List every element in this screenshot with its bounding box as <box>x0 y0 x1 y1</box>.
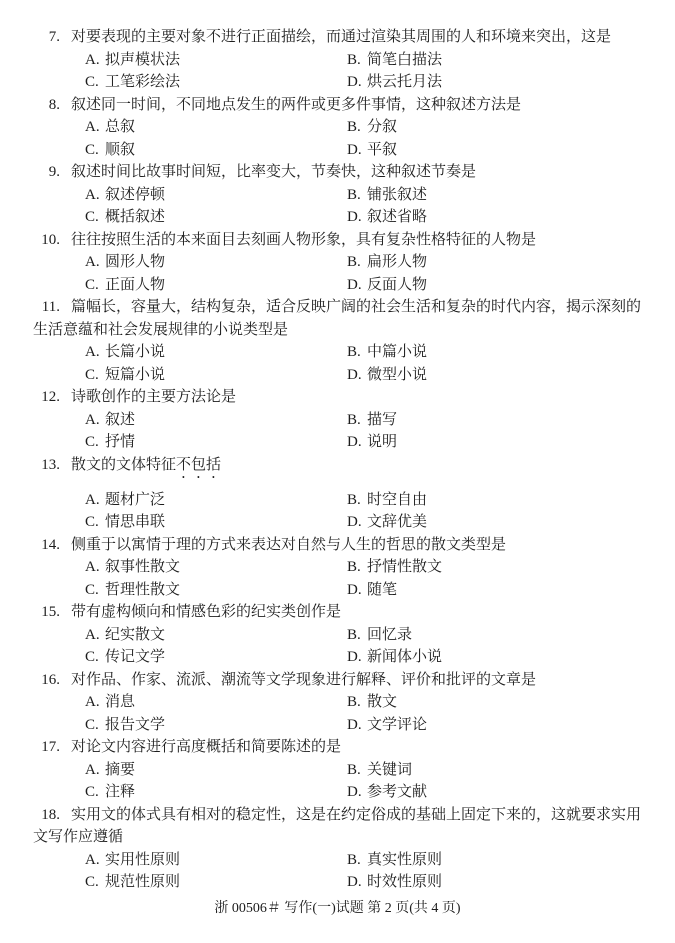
question-stem: 11.篇幅长，容量大，结构复杂，适合反映广阔的社会生活和复杂的时代内容，揭示深刻… <box>33 296 655 319</box>
option-letter: A. <box>85 184 105 207</box>
option-text: 描写 <box>367 409 397 432</box>
option-letter: A. <box>85 691 105 714</box>
option-letter: C. <box>85 646 105 669</box>
option-b: B.铺张叙述 <box>347 184 427 207</box>
option-text: 纪实散文 <box>105 624 165 647</box>
option-row-cd: C.工笔彩绘法 D.烘云托月法 <box>33 71 655 94</box>
option-letter: D. <box>347 714 367 737</box>
question-stem: 13.散文的文体特征不包括 <box>33 454 655 482</box>
option-text: 概括叙述 <box>105 206 165 229</box>
option-letter: A. <box>85 251 105 274</box>
question: 15.带有虚构倾向和情感色彩的纪实类创作是 A.纪实散文 B.回忆录 C.传记文… <box>33 601 655 669</box>
option-row-cd: C.短篇小说 D.微型小说 <box>33 364 655 387</box>
option-letter: C. <box>85 871 105 894</box>
option-text: 参考文献 <box>367 781 427 804</box>
option-text: 微型小说 <box>367 364 427 387</box>
option-letter: A. <box>85 489 105 512</box>
option-letter: D. <box>347 71 367 94</box>
option-c: C.传记文学 <box>85 646 347 669</box>
option-letter: A. <box>85 341 105 364</box>
option-text: 注释 <box>105 781 135 804</box>
option-c: C.顺叙 <box>85 139 347 162</box>
option-c: C.工笔彩绘法 <box>85 71 347 94</box>
option-b: B.抒情性散文 <box>347 556 442 579</box>
question-stem-text: 侧重于以寓情于理的方式来表达对自然与人生的哲思的散文类型是 <box>71 537 506 553</box>
option-b: B.时空自由 <box>347 489 427 512</box>
option-row-ab: A.摘要 B.关键词 <box>33 759 655 782</box>
option-letter: D. <box>347 646 367 669</box>
question-number: 12. <box>33 386 60 409</box>
option-text: 长篇小说 <box>105 341 165 364</box>
option-b: B.扁形人物 <box>347 251 427 274</box>
option-b: B.分叙 <box>347 116 397 139</box>
option-a: A.总叙 <box>85 116 347 139</box>
option-d: D.新闻体小说 <box>347 646 442 669</box>
option-letter: A. <box>85 49 105 72</box>
option-row-ab: A.长篇小说 B.中篇小说 <box>33 341 655 364</box>
question-number: 11. <box>33 296 60 319</box>
option-d: D.反面人物 <box>347 274 427 297</box>
question: 11.篇幅长，容量大，结构复杂，适合反映广阔的社会生活和复杂的时代内容，揭示深刻… <box>33 296 655 386</box>
option-text: 说明 <box>367 431 397 454</box>
exam-page: 7.对要表现的主要对象不进行正面描绘，而通过渲染其周围的人和环境来突出，这是 A… <box>0 0 675 943</box>
option-a: A.拟声模状法 <box>85 49 347 72</box>
option-letter: B. <box>347 691 367 714</box>
option-text: 实用性原则 <box>105 849 180 872</box>
option-letter: D. <box>347 871 367 894</box>
question: 7.对要表现的主要对象不进行正面描绘，而通过渲染其周围的人和环境来突出，这是 A… <box>33 26 655 94</box>
option-d: D.烘云托月法 <box>347 71 442 94</box>
option-letter: B. <box>347 624 367 647</box>
option-text: 新闻体小说 <box>367 646 442 669</box>
question-stem-line2: 文写作应遵循 <box>33 826 655 849</box>
question-stem: 18.实用文的体式具有相对的稳定性，这是在约定俗成的基础上固定下来的，这就要求实… <box>33 804 655 827</box>
option-a: A.长篇小说 <box>85 341 347 364</box>
option-c: C.情思串联 <box>85 511 347 534</box>
option-d: D.时效性原则 <box>347 871 442 894</box>
option-letter: B. <box>347 849 367 872</box>
option-row-cd: C.报告文学 D.文学评论 <box>33 714 655 737</box>
option-text: 总叙 <box>105 116 135 139</box>
option-c: C.报告文学 <box>85 714 347 737</box>
option-row-ab: A.圆形人物 B.扁形人物 <box>33 251 655 274</box>
option-text: 情思串联 <box>105 511 165 534</box>
option-text: 文学评论 <box>367 714 427 737</box>
option-letter: B. <box>347 49 367 72</box>
option-text: 规范性原则 <box>105 871 180 894</box>
option-text: 回忆录 <box>367 624 412 647</box>
option-d: D.文辞优美 <box>347 511 427 534</box>
option-b: B.回忆录 <box>347 624 412 647</box>
option-letter: C. <box>85 71 105 94</box>
option-text: 工笔彩绘法 <box>105 71 180 94</box>
option-b: B.关键词 <box>347 759 412 782</box>
option-d: D.随笔 <box>347 579 397 602</box>
option-letter: C. <box>85 139 105 162</box>
option-letter: C. <box>85 714 105 737</box>
option-text: 叙事性散文 <box>105 556 180 579</box>
question-number: 16. <box>33 669 60 692</box>
option-text: 正面人物 <box>105 274 165 297</box>
option-row-ab: A.题材广泛 B.时空自由 <box>33 489 655 512</box>
option-a: A.消息 <box>85 691 347 714</box>
question-number: 9. <box>33 161 60 184</box>
question-stem-text: 往往按照生活的本来面目去刻画人物形象，具有复杂性格特征的人物是 <box>71 232 536 248</box>
option-row-cd: C.概括叙述 D.叙述省略 <box>33 206 655 229</box>
question-stem-text: 叙述同一时间，不同地点发生的两件或更多件事情，这种叙述方法是 <box>71 97 521 113</box>
question-number: 15. <box>33 601 60 624</box>
question-stem-line2: 生活意蕴和社会发展规律的小说类型是 <box>33 319 655 342</box>
option-letter: D. <box>347 139 367 162</box>
option-letter: B. <box>347 341 367 364</box>
question-stem-emphasized-text: 不包括 <box>176 457 221 473</box>
option-b: B.散文 <box>347 691 397 714</box>
option-a: A.纪实散文 <box>85 624 347 647</box>
question-stem-text: 实用文的体式具有相对的稳定性，这是在约定俗成的基础上固定下来的，这就要求实用 <box>71 807 641 823</box>
option-text: 散文 <box>367 691 397 714</box>
option-letter: C. <box>85 511 105 534</box>
page-footer: 浙 00506＃ 写作(一)试题 第 2 页(共 4 页) <box>0 899 675 919</box>
option-text: 消息 <box>105 691 135 714</box>
option-text: 中篇小说 <box>367 341 427 364</box>
option-d: D.参考文献 <box>347 781 427 804</box>
option-row-cd: C.顺叙 D.平叙 <box>33 139 655 162</box>
question-stem-text: 对论文内容进行高度概括和简要陈述的是 <box>71 739 341 755</box>
option-text: 平叙 <box>367 139 397 162</box>
option-letter: B. <box>347 251 367 274</box>
option-letter: B. <box>347 556 367 579</box>
option-letter: D. <box>347 511 367 534</box>
question: 13.散文的文体特征不包括 A.题材广泛 B.时空自由 C.情思串联 D.文辞优… <box>33 454 655 534</box>
option-text: 题材广泛 <box>105 489 165 512</box>
option-letter: A. <box>85 409 105 432</box>
option-d: D.微型小说 <box>347 364 427 387</box>
option-text: 抒情 <box>105 431 135 454</box>
option-d: D.平叙 <box>347 139 397 162</box>
option-a: A.题材广泛 <box>85 489 347 512</box>
option-row-ab: A.纪实散文 B.回忆录 <box>33 624 655 647</box>
option-row-cd: C.规范性原则 D.时效性原则 <box>33 871 655 894</box>
option-a: A.实用性原则 <box>85 849 347 872</box>
option-row-cd: C.传记文学 D.新闻体小说 <box>33 646 655 669</box>
option-letter: C. <box>85 274 105 297</box>
option-text: 拟声模状法 <box>105 49 180 72</box>
question-stem-text: 对作品、作家、流派、潮流等文学现象进行解释、评价和批评的文章是 <box>71 672 536 688</box>
question: 14.侧重于以寓情于理的方式来表达对自然与人生的哲思的散文类型是 A.叙事性散文… <box>33 534 655 602</box>
question-list: 7.对要表现的主要对象不进行正面描绘，而通过渲染其周围的人和环境来突出，这是 A… <box>33 26 655 894</box>
option-text: 传记文学 <box>105 646 165 669</box>
option-row-cd: C.情思串联 D.文辞优美 <box>33 511 655 534</box>
question-stem: 7.对要表现的主要对象不进行正面描绘，而通过渲染其周围的人和环境来突出，这是 <box>33 26 655 49</box>
option-b: B.真实性原则 <box>347 849 442 872</box>
option-c: C.规范性原则 <box>85 871 347 894</box>
option-text: 烘云托月法 <box>367 71 442 94</box>
option-c: C.短篇小说 <box>85 364 347 387</box>
option-text: 顺叙 <box>105 139 135 162</box>
option-text: 哲理性散文 <box>105 579 180 602</box>
question-number: 10. <box>33 229 60 252</box>
option-letter: D. <box>347 579 367 602</box>
question-stem: 8.叙述同一时间，不同地点发生的两件或更多件事情，这种叙述方法是 <box>33 94 655 117</box>
option-text: 短篇小说 <box>105 364 165 387</box>
option-letter: C. <box>85 431 105 454</box>
option-d: D.叙述省略 <box>347 206 427 229</box>
option-row-ab: A.叙事性散文 B.抒情性散文 <box>33 556 655 579</box>
question-stem-text: 带有虚构倾向和情感色彩的纪实类创作是 <box>71 604 341 620</box>
option-b: B.中篇小说 <box>347 341 427 364</box>
option-letter: B. <box>347 184 367 207</box>
question-stem-text: 对要表现的主要对象不进行正面描绘，而通过渲染其周围的人和环境来突出，这是 <box>71 29 611 45</box>
option-letter: B. <box>347 116 367 139</box>
option-b: B.简笔白描法 <box>347 49 442 72</box>
question-stem: 9.叙述时间比故事时间短，比率变大，节奏快，这种叙述节奏是 <box>33 161 655 184</box>
option-text: 时效性原则 <box>367 871 442 894</box>
question: 17.对论文内容进行高度概括和简要陈述的是 A.摘要 B.关键词 C.注释 D.… <box>33 736 655 804</box>
option-letter: A. <box>85 116 105 139</box>
option-row-ab: A.实用性原则 B.真实性原则 <box>33 849 655 872</box>
option-c: C.注释 <box>85 781 347 804</box>
option-text: 叙述停顿 <box>105 184 165 207</box>
option-text: 分叙 <box>367 116 397 139</box>
question-number: 7. <box>33 26 60 49</box>
option-text: 随笔 <box>367 579 397 602</box>
option-row-ab: A.总叙 B.分叙 <box>33 116 655 139</box>
option-a: A.摘要 <box>85 759 347 782</box>
option-text: 关键词 <box>367 759 412 782</box>
question-number: 8. <box>33 94 60 117</box>
option-letter: C. <box>85 579 105 602</box>
option-row-cd: C.注释 D.参考文献 <box>33 781 655 804</box>
option-letter: A. <box>85 624 105 647</box>
option-row-ab: A.叙述 B.描写 <box>33 409 655 432</box>
question-stem-text: 篇幅长，容量大，结构复杂，适合反映广阔的社会生活和复杂的时代内容，揭示深刻的 <box>71 299 641 315</box>
option-b: B.描写 <box>347 409 397 432</box>
option-letter: B. <box>347 759 367 782</box>
question-stem: 10.往往按照生活的本来面目去刻画人物形象，具有复杂性格特征的人物是 <box>33 229 655 252</box>
option-text: 叙述省略 <box>367 206 427 229</box>
question-number: 14. <box>33 534 60 557</box>
option-a: A.圆形人物 <box>85 251 347 274</box>
option-a: A.叙述停顿 <box>85 184 347 207</box>
option-row-ab: A.叙述停顿 B.铺张叙述 <box>33 184 655 207</box>
question-stem: 12.诗歌创作的主要方法论是 <box>33 386 655 409</box>
option-text: 报告文学 <box>105 714 165 737</box>
question: 8.叙述同一时间，不同地点发生的两件或更多件事情，这种叙述方法是 A.总叙 B.… <box>33 94 655 162</box>
option-d: D.文学评论 <box>347 714 427 737</box>
question-stem: 14.侧重于以寓情于理的方式来表达对自然与人生的哲思的散文类型是 <box>33 534 655 557</box>
option-text: 抒情性散文 <box>367 556 442 579</box>
option-c: C.哲理性散文 <box>85 579 347 602</box>
option-letter: C. <box>85 781 105 804</box>
option-text: 反面人物 <box>367 274 427 297</box>
option-text: 扁形人物 <box>367 251 427 274</box>
option-letter: D. <box>347 206 367 229</box>
question-stem-text: 散文的文体特征 <box>71 457 176 473</box>
question: 18.实用文的体式具有相对的稳定性，这是在约定俗成的基础上固定下来的，这就要求实… <box>33 804 655 894</box>
option-c: C.概括叙述 <box>85 206 347 229</box>
option-a: A.叙述 <box>85 409 347 432</box>
question-stem-text: 叙述时间比故事时间短，比率变大，节奏快，这种叙述节奏是 <box>71 164 476 180</box>
option-letter: B. <box>347 489 367 512</box>
question-number: 13. <box>33 454 60 477</box>
option-text: 时空自由 <box>367 489 427 512</box>
question: 16.对作品、作家、流派、潮流等文学现象进行解释、评价和批评的文章是 A.消息 … <box>33 669 655 737</box>
option-text: 叙述 <box>105 409 135 432</box>
option-letter: D. <box>347 781 367 804</box>
option-letter: A. <box>85 556 105 579</box>
option-text: 铺张叙述 <box>367 184 427 207</box>
option-letter: C. <box>85 206 105 229</box>
option-text: 真实性原则 <box>367 849 442 872</box>
option-row-cd: C.正面人物 D.反面人物 <box>33 274 655 297</box>
question: 9.叙述时间比故事时间短，比率变大，节奏快，这种叙述节奏是 A.叙述停顿 B.铺… <box>33 161 655 229</box>
option-letter: D. <box>347 274 367 297</box>
option-text: 简笔白描法 <box>367 49 442 72</box>
option-d: D.说明 <box>347 431 397 454</box>
option-letter: D. <box>347 364 367 387</box>
question-stem-text: 诗歌创作的主要方法论是 <box>71 389 236 405</box>
question-number: 18. <box>33 804 60 827</box>
option-letter: A. <box>85 759 105 782</box>
question-stem: 16.对作品、作家、流派、潮流等文学现象进行解释、评价和批评的文章是 <box>33 669 655 692</box>
question: 12.诗歌创作的主要方法论是 A.叙述 B.描写 C.抒情 D.说明 <box>33 386 655 454</box>
option-text: 文辞优美 <box>367 511 427 534</box>
question-number: 17. <box>33 736 60 759</box>
option-c: C.正面人物 <box>85 274 347 297</box>
option-row-ab: A.拟声模状法 B.简笔白描法 <box>33 49 655 72</box>
question-stem: 15.带有虚构倾向和情感色彩的纪实类创作是 <box>33 601 655 624</box>
option-a: A.叙事性散文 <box>85 556 347 579</box>
option-text: 圆形人物 <box>105 251 165 274</box>
option-letter: A. <box>85 849 105 872</box>
option-text: 摘要 <box>105 759 135 782</box>
option-letter: B. <box>347 409 367 432</box>
option-c: C.抒情 <box>85 431 347 454</box>
option-row-cd: C.抒情 D.说明 <box>33 431 655 454</box>
question-stem: 17.对论文内容进行高度概括和简要陈述的是 <box>33 736 655 759</box>
option-letter: C. <box>85 364 105 387</box>
option-letter: D. <box>347 431 367 454</box>
option-row-ab: A.消息 B.散文 <box>33 691 655 714</box>
question: 10.往往按照生活的本来面目去刻画人物形象，具有复杂性格特征的人物是 A.圆形人… <box>33 229 655 297</box>
option-row-cd: C.哲理性散文 D.随笔 <box>33 579 655 602</box>
